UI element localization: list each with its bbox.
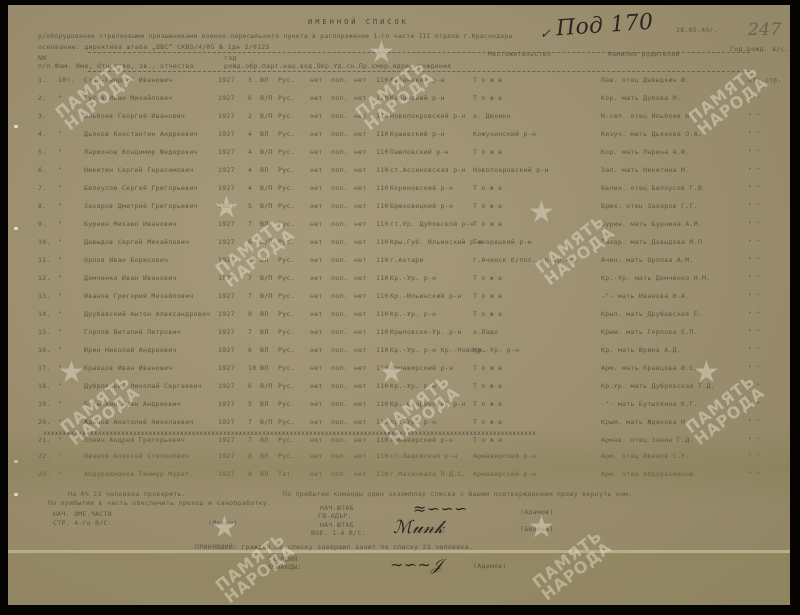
cell-m: " "	[748, 292, 761, 300]
cell-rel: Н-сел. отец Ильбоев И.	[601, 112, 694, 120]
cell-m: " "	[748, 148, 761, 156]
cell-name: Белоусов Сергей Григорьевич	[84, 184, 198, 192]
cell-rank: "	[58, 184, 62, 192]
cell-party: В/П	[260, 112, 273, 120]
cell-c: нет	[354, 470, 367, 478]
header-line-2: основание: директива штаба „ВВС“ СКВО/4/…	[38, 43, 270, 51]
cell-nat: Рус.	[278, 328, 295, 336]
cell-party: В/П	[260, 202, 273, 210]
cell-b: пол.	[331, 130, 348, 138]
cell-m: " "	[748, 310, 761, 318]
cell-d: 110	[376, 274, 389, 282]
cell-party: ВЛ	[260, 452, 268, 460]
signature-3: ∼∽∼𝒥	[390, 555, 442, 575]
cell-num: 17.	[38, 364, 51, 372]
cell-rank: "	[58, 274, 62, 282]
cell-num: 20.	[38, 418, 51, 426]
cell-name: Кравцов Иван Иванович	[84, 364, 172, 372]
cell-nat: Рус.	[278, 130, 295, 138]
cell-party: В/П	[260, 418, 273, 426]
cell-m: " "	[748, 470, 761, 478]
cell-c: нет	[354, 364, 367, 372]
cell-rel: Кр. мать Юрина А.Д.	[601, 346, 681, 354]
cell-birth: Брюховецкий р-н	[390, 202, 453, 210]
cell-nat: Рус.	[278, 292, 295, 300]
cell-res: Новопокровский р-н	[473, 166, 549, 174]
cell-name: Демченко Иван Иванович	[84, 274, 177, 282]
cell-rel: Белин. отец Белоусов Г.В.	[601, 184, 706, 192]
cell-party: В/П	[260, 292, 273, 300]
cell-a: нет	[310, 452, 323, 460]
cell-a: нет	[310, 346, 323, 354]
watermark-star-icon: ★	[211, 510, 238, 545]
cell-year: 1927	[218, 292, 235, 300]
cell-res: х.Ладо	[473, 328, 498, 336]
cell-d: 110	[376, 130, 389, 138]
cell-a: нет	[310, 166, 323, 174]
cell-rank: "	[58, 400, 62, 408]
cell-rel: Брюх. отец Захаров Г.Г.	[601, 202, 698, 210]
cell-a: нет	[310, 220, 323, 228]
table-row: 11."Орлов Иван Борисович192710ВЛРус.нетп…	[38, 256, 778, 266]
watermark-star-icon: ★	[368, 35, 395, 70]
cell-num: 10.	[38, 238, 51, 246]
cell-d: 110	[376, 346, 389, 354]
cell-rank: "	[58, 238, 62, 246]
cell-res: Т о ж е	[473, 274, 503, 282]
cell-year: 1927	[218, 400, 235, 408]
cell-c: нет	[354, 238, 367, 246]
cell-a: нет	[310, 94, 323, 102]
cell-c: нет	[354, 256, 367, 264]
cell-num: 8.	[38, 202, 46, 210]
cell-year: 1927	[218, 418, 235, 426]
cell-m: " "	[748, 130, 761, 138]
cell-a: нет	[310, 238, 323, 246]
cell-nat: Рус.	[278, 364, 295, 372]
cell-c: нет	[354, 274, 367, 282]
cell-a: нет	[310, 130, 323, 138]
cell-nat: Рус.	[278, 112, 295, 120]
cell-edu: 5	[248, 202, 252, 210]
cell-name: Юрин Николай Андреевич	[84, 346, 177, 354]
cell-a: нет	[310, 274, 323, 282]
cell-b: пол.	[331, 292, 348, 300]
cell-a: нет	[310, 436, 323, 444]
watermark-star-icon: ★	[58, 355, 85, 390]
cell-edu: 7	[248, 436, 252, 444]
cell-party: ВЛ	[260, 400, 268, 408]
footer-sanitation-note: По прибытии в часть обеспечить проход и …	[48, 499, 271, 507]
table-row: 8."Захаров Дмитрий Григорьевич19275В/ПРу…	[38, 202, 778, 212]
table-row: 7."Белоусов Сергей Григорьевич19274В/ПРу…	[38, 184, 778, 194]
cell-c: нет	[354, 328, 367, 336]
cell-rank: "	[58, 130, 62, 138]
cell-birth: г.Махачкала П.Д.С.	[390, 470, 466, 478]
table-row: 6."Никитин Сергей Герасимович19274ВЛРус.…	[38, 166, 778, 176]
cell-year: 1927	[218, 328, 235, 336]
cell-c: нет	[354, 436, 367, 444]
cell-b: пол.	[331, 220, 348, 228]
cell-res: Армавирский р-н	[473, 470, 536, 478]
cell-a: нет	[310, 256, 323, 264]
cell-birth: ст.Ур. Дубовской р-н	[390, 220, 474, 228]
cell-year: 1927	[218, 436, 235, 444]
cell-nat: Рус.	[278, 418, 295, 426]
footer-unit-head: НАЧ. ОМЕ.ЧАСТИ	[53, 510, 112, 518]
table-row: 23."Абдурахманов Таймур Мурат.19278ВЛТат…	[38, 470, 778, 480]
cell-edu: 8	[248, 452, 252, 460]
cell-rel: Кизуч. мать Дьякова О.А.	[601, 130, 702, 138]
cell-rel: Армав. отец Зонин Г.Д.	[601, 436, 694, 444]
cell-rank: "	[58, 310, 62, 318]
cell-num: 18.	[38, 382, 51, 390]
cell-party: В/П	[260, 274, 273, 282]
cell-num: 13.	[38, 292, 51, 300]
cell-res: Т о ж е	[473, 364, 503, 372]
cell-rel: Зап. мать Никитина М.	[601, 166, 689, 174]
cell-nat: Рус.	[278, 436, 295, 444]
table-row: 9."Бурнин Михаил Иванович19277ВЛРус.нетп…	[38, 220, 778, 230]
cell-name: Захаров Дмитрий Григорьевич	[84, 202, 198, 210]
cell-d: 110	[376, 184, 389, 192]
cell-year: 1927	[218, 310, 235, 318]
cell-res: Т о ж е	[473, 202, 503, 210]
cell-party: ВЛ	[260, 328, 268, 336]
cell-a: нет	[310, 148, 323, 156]
table-row: 16."Юрин Николай Андреевич19276ВЛРус.нет…	[38, 346, 778, 356]
table-row: 18."Дубровский Николай Сергеевич19276В/П…	[38, 382, 778, 392]
cell-edu: 6	[248, 94, 252, 102]
cell-birth: Новопокровский р-н	[390, 112, 466, 120]
cell-m: " "	[748, 346, 761, 354]
cell-num: 3.	[38, 112, 46, 120]
cell-edu: 6	[248, 346, 252, 354]
cell-name: Абдурахманов Таймур Мурат.	[84, 470, 194, 478]
cell-name: Горлов Виталий Петрович	[84, 328, 181, 336]
cell-name: Иванов Алексей Степанович	[84, 452, 189, 460]
cell-b: пол.	[331, 452, 348, 460]
cell-a: нет	[310, 418, 323, 426]
cell-party: В/П	[260, 382, 273, 390]
cell-b: пол.	[331, 94, 348, 102]
cell-rel: Арм. отец Иванов С.У.	[601, 452, 689, 460]
cell-edu: 4	[248, 184, 252, 192]
cell-birth: Кореновский р-н	[390, 184, 453, 192]
cell-d: 110	[376, 256, 389, 264]
footer-chief-of-staff-2: НАЧ.ШТАБ	[320, 521, 354, 529]
cell-d: 110	[376, 166, 389, 174]
cell-edu: 7	[248, 292, 252, 300]
archival-document: ✓ ИМЕННОЙ СПИСОК Под 170 247 р/оборудова…	[8, 5, 790, 605]
signature-2: ℳ𝓊𝓃𝓀	[393, 517, 444, 538]
table-row: 17."Кравцов Иван Иванович192710ВЛРус.нет…	[38, 364, 778, 374]
cell-a: нет	[310, 382, 323, 390]
cell-name: Бурнин Михаил Иванович	[84, 220, 177, 228]
cell-edu: 10	[248, 364, 256, 372]
check-mark: ✓	[540, 27, 551, 42]
cell-birth: Крыловско-Ур. р-н	[390, 328, 462, 336]
cell-name: Ларионов Владимир Федорович	[84, 148, 198, 156]
cell-c: нет	[354, 202, 367, 210]
table-row: 15."Горлов Виталий Петрович19277ВЛРус.не…	[38, 328, 778, 338]
cell-rank: "	[58, 292, 62, 300]
cell-rank: "	[58, 328, 62, 336]
cell-b: пол.	[331, 364, 348, 372]
watermark-star-icon: ★	[213, 190, 240, 225]
cell-nat: Рус.	[278, 76, 295, 84]
cell-party: ВЛ	[260, 310, 268, 318]
cell-res: Т о ж е	[473, 400, 503, 408]
table-row: 10."Давыдов Сергей Михайлович19276В/ПРус…	[38, 238, 778, 248]
cell-rel: Пав. отец Давыдкин И.	[601, 76, 689, 84]
footer-adjutant: ГВ-АДЪР:	[318, 512, 352, 520]
cell-birth: ст.Ассиновская р-н	[390, 166, 466, 174]
cell-edu: 7	[248, 328, 252, 336]
cell-res: Тихорецкий р-н	[473, 238, 532, 246]
crossed-out-line: xxxxxxxxxxxxxxxxxxxxxxxxxxxxxxxxxxxxxxxx…	[43, 430, 763, 437]
cell-num: 12.	[38, 274, 51, 282]
cell-num: 9.	[38, 220, 46, 228]
cell-c: нет	[354, 148, 367, 156]
cell-party: ВЛ	[260, 166, 268, 174]
cell-res: Т о ж е	[473, 94, 503, 102]
cell-d: 110	[376, 292, 389, 300]
cell-rel: Кор. мать Дубова М.	[601, 94, 681, 102]
cell-rank: "	[58, 256, 62, 264]
cell-c: нет	[354, 184, 367, 192]
cell-nat: Тат.	[278, 470, 295, 478]
cell-c: нет	[354, 400, 367, 408]
cell-a: нет	[310, 112, 323, 120]
cell-b: пол.	[331, 112, 348, 120]
cell-edu: 4	[248, 166, 252, 174]
footer-chief-of-staff: НАЧ.ШТАБ	[320, 504, 354, 512]
cell-c: нет	[354, 130, 367, 138]
cell-party: ВЛ	[260, 470, 268, 478]
cell-d: 110	[376, 436, 389, 444]
cell-rel: Ачин. мать Орлова А.М.	[601, 256, 694, 264]
cell-c: нет	[354, 310, 367, 318]
cell-birth: ст.Ладожская р-н	[390, 452, 457, 460]
cell-b: пол.	[331, 328, 348, 336]
punch-hole	[14, 493, 18, 496]
cell-nat: Рус.	[278, 382, 295, 390]
watermark-star-icon: ★	[528, 510, 555, 545]
cell-b: пол.	[331, 148, 348, 156]
cell-birth: Кр.-Ильинский р-н	[390, 292, 462, 300]
cell-b: пол.	[331, 256, 348, 264]
cell-a: нет	[310, 328, 323, 336]
table-row: 4."Дьяков Константин Андреевич19274ВЛРус…	[38, 130, 778, 140]
cell-name: Никитин Сергей Герасимович	[84, 166, 194, 174]
column-relatives-label: Фамилия родителей	[608, 50, 680, 58]
cell-num: 22.	[38, 452, 51, 460]
table-row: 5."Ларионов Владимир Федорович19274В/ПРу…	[38, 148, 778, 158]
cell-nat: Рус.	[278, 202, 295, 210]
cell-m: " "	[748, 166, 761, 174]
cell-num: 11.	[38, 256, 51, 264]
cell-m: " "	[748, 256, 761, 264]
cell-res: Т о ж е	[473, 148, 503, 156]
cell-party: ВЛ	[260, 436, 268, 444]
cell-rank: "	[58, 220, 62, 228]
cell-rel: Арм. мать Кравцова И.С.	[601, 364, 698, 372]
table-row: 22."Иванов Алексей Степанович19278ВЛРус.…	[38, 452, 778, 462]
table-row: 12."Демченко Иван Иванович19277В/ПРус.не…	[38, 274, 778, 284]
cell-edu: 6	[248, 382, 252, 390]
column-number-label: NN	[38, 54, 46, 62]
cell-name: Друбавский Антон Александрович	[84, 310, 210, 318]
cell-nat: Рус.	[278, 256, 295, 264]
cell-birth: Кры.Губ. Ильинский р-н	[390, 238, 483, 246]
cell-year: 1927	[218, 364, 235, 372]
cell-c: нет	[354, 292, 367, 300]
cell-year: 1927	[218, 166, 235, 174]
cell-edu: 7	[248, 418, 252, 426]
cell-res: Армавирский р-н	[473, 452, 536, 460]
cell-edu: 8	[248, 310, 252, 318]
cell-a: нет	[310, 76, 323, 84]
cell-rel: Арм. отец Абдурахманов	[601, 470, 694, 478]
cell-b: пол.	[331, 418, 348, 426]
cell-rank: 10т.	[58, 76, 75, 84]
cell-d: 110	[376, 470, 389, 478]
cell-rel: Кор. мать Ларина А.Ф.	[601, 148, 689, 156]
cell-b: пол.	[331, 238, 348, 246]
cell-name: Дьяков Константин Андреевич	[84, 130, 198, 138]
cell-m: " "	[748, 436, 761, 444]
cell-c: нет	[354, 76, 367, 84]
cell-edu: 8	[248, 470, 252, 478]
cell-a: нет	[310, 310, 323, 318]
cell-num: 1.	[38, 76, 46, 84]
cell-num: 7.	[38, 184, 46, 192]
cell-num: 19.	[38, 400, 51, 408]
cell-c: нет	[354, 418, 367, 426]
handwritten-reference: Под 170	[555, 10, 654, 42]
cell-year: 1927	[218, 76, 235, 84]
cell-b: пол.	[331, 470, 348, 478]
cell-b: пол.	[331, 184, 348, 192]
cell-res: Кожухинский р-н	[473, 130, 536, 138]
table-row: 13."Иванов Григорий Михайлович19277В/ПРу…	[38, 292, 778, 302]
cell-d: 110	[376, 148, 389, 156]
cell-rel: Бурин. мать Бурнина А.М.	[601, 220, 702, 228]
cell-num: 4.	[38, 130, 46, 138]
watermark-star-icon: ★	[693, 355, 720, 390]
table-row: 3."Ильбоев Георгий Иванович19272В/ПРус.н…	[38, 112, 778, 122]
cell-year: 1927	[218, 238, 235, 246]
cell-num: 15.	[38, 328, 51, 336]
cell-nat: Рус.	[278, 346, 295, 354]
cell-a: нет	[310, 400, 323, 408]
cell-rank: "	[58, 470, 62, 478]
watermark-star-icon: ★	[528, 195, 555, 230]
footer-military-unit: ВОЕ. 1-й В/С:	[311, 529, 366, 537]
cell-d: 110	[376, 400, 389, 408]
cell-year: 1927	[218, 148, 235, 156]
cell-birth: г.Ахтари	[390, 256, 424, 264]
cell-m: " "	[748, 238, 761, 246]
cell-name: Давыдов Сергей Михайлович	[84, 238, 189, 246]
cell-party: ВЛ	[260, 346, 268, 354]
cell-m: " "	[748, 220, 761, 228]
cell-d: 110	[376, 238, 389, 246]
cell-name: Зонин Андрей Григорьевич	[84, 436, 185, 444]
cell-d: 110	[376, 220, 389, 228]
cell-m: " "	[748, 328, 761, 336]
column-year-label: год	[224, 54, 237, 62]
footer-unit-head-2: СТР. 4-го В/С:	[53, 519, 112, 527]
cell-birth: Армавирский р-н	[390, 436, 453, 444]
page-number: 247	[748, 20, 781, 40]
cell-b: пол.	[331, 166, 348, 174]
cell-nat: Рус.	[278, 452, 295, 460]
cell-rel: Кр.-Ур. мать Демченко Н.М.	[601, 274, 711, 282]
cell-nat: Рус.	[278, 274, 295, 282]
cell-b: пол.	[331, 310, 348, 318]
header-date: 28.05.45г.	[676, 26, 718, 34]
cell-res: Т о ж е	[473, 382, 503, 390]
cell-rank: "	[58, 452, 62, 460]
cell-year: 1927	[218, 130, 235, 138]
cell-year: 1927	[218, 470, 235, 478]
cell-party: В/П	[260, 94, 273, 102]
cell-year: 1927	[218, 382, 235, 390]
cell-edu: 2	[248, 112, 252, 120]
cell-party: ВЛ	[260, 364, 268, 372]
cell-num: 14.	[38, 310, 51, 318]
cell-d: 110	[376, 202, 389, 210]
cell-birth: Павловский р-н	[390, 148, 449, 156]
cell-year: 1927	[218, 452, 235, 460]
cell-rel: Крыл. мать Друбавская Е.	[601, 310, 702, 318]
cell-rank: "	[58, 202, 62, 210]
cell-b: пол.	[331, 382, 348, 390]
cell-party: ВЛ	[260, 130, 268, 138]
cell-rank: "	[58, 148, 62, 156]
cell-d: 110	[376, 310, 389, 318]
cell-edu: 7	[248, 220, 252, 228]
table-row: 21."Зонин Андрей Григорьевич19277ВЛРус.н…	[38, 436, 778, 446]
cell-res: х. Дюлино	[473, 112, 511, 120]
cell-year: 1927	[218, 94, 235, 102]
cell-b: пол.	[331, 76, 348, 84]
document-title: ИМЕННОЙ СПИСОК	[308, 18, 409, 26]
signature-1: ≈∽∽∽	[413, 499, 468, 518]
cell-res: Кр.-Ур. р-н	[473, 346, 519, 354]
cell-num: 5.	[38, 148, 46, 156]
cell-year: 1927	[218, 346, 235, 354]
cell-res: Т о ж е	[473, 418, 503, 426]
cell-nat: Рус.	[278, 94, 295, 102]
cell-num: 6.	[38, 166, 46, 174]
cell-rel: Тихор. мать Давыдова М.П.	[601, 238, 706, 246]
cell-b: пол.	[331, 436, 348, 444]
cell-nat: Рус.	[278, 166, 295, 174]
cell-rank: "	[58, 166, 62, 174]
cell-num: 16.	[38, 346, 51, 354]
cell-d: 110	[376, 328, 389, 336]
cell-c: нет	[354, 382, 367, 390]
cell-c: нет	[354, 346, 367, 354]
cell-rel: -"- мать Бутылкина К.Г.	[601, 400, 698, 408]
punch-hole	[14, 125, 18, 128]
cell-nat: Рус.	[278, 184, 295, 192]
footer-check-note: На 0% 23 человека проверить.	[68, 490, 186, 498]
table-row: 14."Друбавский Антон Александрович19278В…	[38, 310, 778, 320]
